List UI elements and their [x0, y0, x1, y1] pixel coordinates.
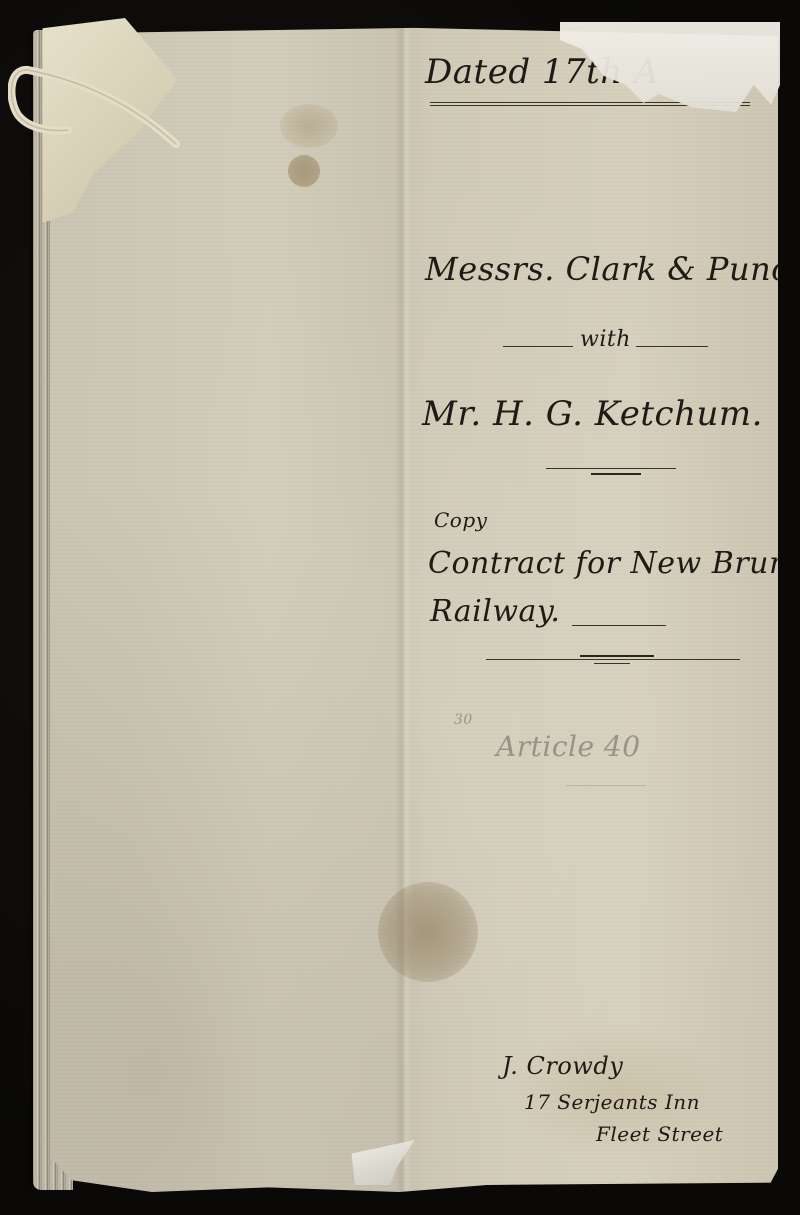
pencil-note: Article 40: [496, 730, 641, 763]
document-cover: Dated 17th A Messrs. Clark & Punchard wi…: [50, 22, 778, 1192]
paper-texture: [50, 22, 778, 1192]
fold-line: [395, 22, 413, 1192]
title-line-1: Contract for New Brunswick: [428, 546, 800, 581]
title-underline: [572, 625, 666, 626]
stain: [280, 104, 338, 148]
pencil-underline: [566, 785, 646, 786]
title-line-2: Railway.: [430, 594, 560, 629]
title-divider: [594, 663, 630, 664]
connector-rule-right: [636, 346, 708, 347]
connector-word: with: [580, 327, 631, 352]
title-divider: [486, 659, 740, 660]
stain: [288, 155, 320, 187]
title-divider: [580, 655, 654, 657]
document-photo: Dated 17th A Messrs. Clark & Punchard wi…: [0, 0, 800, 1215]
solicitor-address-2: Fleet Street: [596, 1122, 723, 1146]
solicitor-name: J. Crowdy: [502, 1052, 623, 1080]
copy-annotation: Copy: [434, 508, 487, 532]
stain: [378, 882, 478, 982]
solicitor-address-1: 17 Serjeants Inn: [524, 1090, 700, 1114]
party-divider: [546, 468, 676, 469]
pencil-number: 30: [454, 712, 473, 728]
party-divider: [591, 473, 641, 475]
connector-rule-left: [503, 346, 573, 347]
first-party: Messrs. Clark & Punchard: [425, 250, 800, 288]
second-party: Mr. H. G. Ketchum.: [422, 394, 763, 434]
